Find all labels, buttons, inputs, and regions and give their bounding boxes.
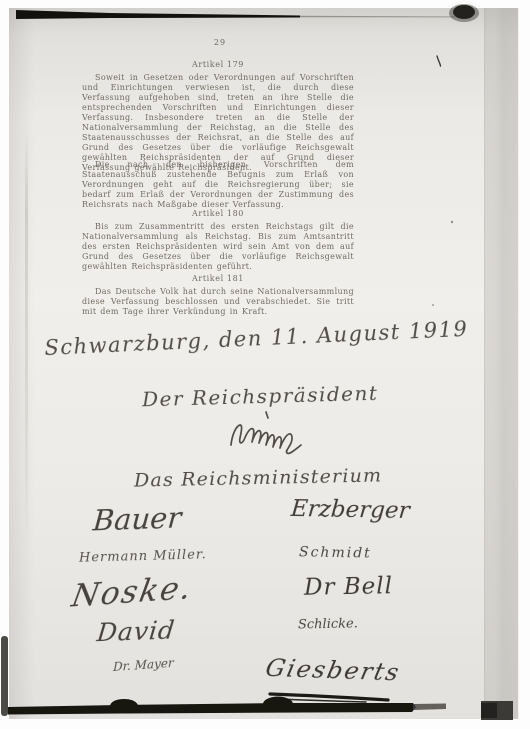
photograph-of-document: 29 Artikel 179 Soweit in Gesetzen oder V… xyxy=(0,0,530,729)
article-180-heading: Artikel 180 xyxy=(82,209,354,218)
article-181-paragraph-1: Das Deutsche Volk hat durch seine Nation… xyxy=(82,287,354,317)
signature-bauer: Bauer xyxy=(92,500,183,537)
signature-giesberts-underlined: Giesberts xyxy=(263,654,403,687)
signature-dr-bell: Dr Bell xyxy=(304,573,393,601)
signature-david: David xyxy=(95,616,176,648)
page-number: 29 xyxy=(205,38,235,47)
page-edge-margin xyxy=(484,8,519,719)
signature-schmidt: Schmidt xyxy=(299,544,372,561)
signature-schlicke: Schlicke. xyxy=(298,616,358,632)
article-180-paragraph-1: Bis zum Zusammentritt des ersten Reichst… xyxy=(82,222,354,272)
article-181-heading: Artikel 181 xyxy=(82,274,354,283)
paper-crease xyxy=(25,128,28,548)
article-179-heading: Artikel 179 xyxy=(82,60,354,69)
article-179-paragraph-1: Soweit in Gesetzen oder Verordnungen auf… xyxy=(82,73,354,173)
article-179-paragraph-2: Die nach den bisherigen Vorschriften dem… xyxy=(82,160,354,210)
signature-erzberger: Erzberger xyxy=(290,496,411,524)
left-edge-shadow xyxy=(1,636,8,716)
